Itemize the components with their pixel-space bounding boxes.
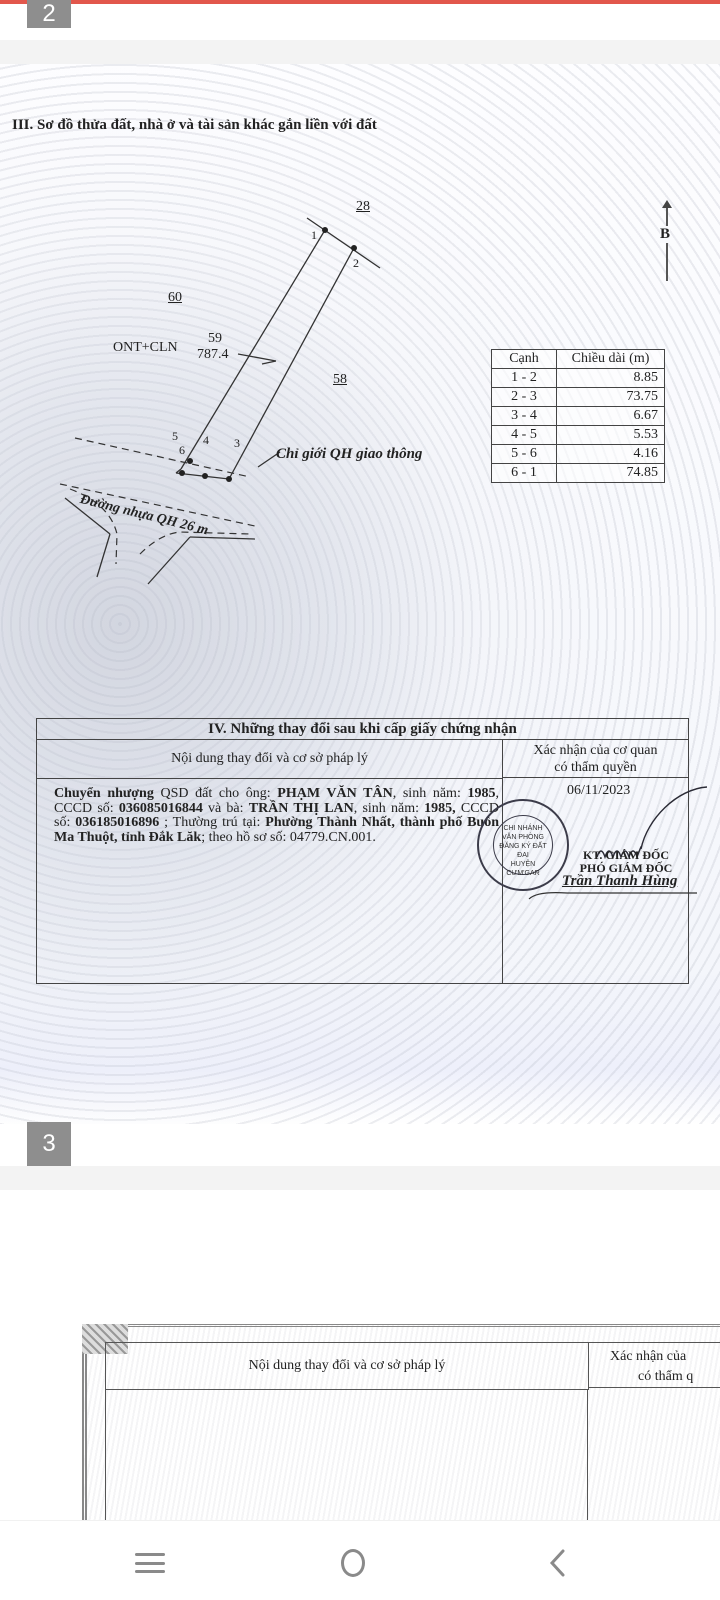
edge-cell: 6 - 1 [492, 464, 557, 483]
parcel-area: 787.4 [197, 347, 229, 363]
edge-cell: 1 - 2 [492, 369, 557, 388]
edge-cell: 4 - 5 [492, 426, 557, 445]
point-label: 5 [172, 429, 178, 444]
recent-apps-icon [135, 1553, 165, 1573]
table-row: 3 - 46.67 [492, 407, 665, 426]
table-row: 5 - 64.16 [492, 445, 665, 464]
parcel-number: 59 [208, 331, 222, 347]
home-button[interactable] [323, 1543, 383, 1583]
confirm-column-header: Xác nhận của cơ quan có thẩm quyền [503, 740, 688, 778]
neighbor-parcel-28: 28 [356, 199, 370, 215]
edge-length-table: CạnhChiều dài (m) 1 - 28.85 2 - 373.75 3… [491, 349, 665, 483]
length-cell: 73.75 [557, 388, 665, 407]
stamp-text: VĂN PHÒNG [494, 833, 552, 842]
edge-cell: 3 - 4 [492, 407, 557, 426]
edge-cell: 5 - 6 [492, 445, 557, 464]
length-cell: 8.85 [557, 369, 665, 388]
document-page-2[interactable]: III. Sơ đồ thửa đất, nhà ở và tài sản kh… [0, 64, 720, 1124]
underline-stroke [527, 887, 697, 907]
point-label: 2 [353, 256, 359, 271]
point-label: 3 [234, 436, 240, 451]
page-number-badge: 3 [27, 1122, 71, 1166]
home-icon [341, 1549, 365, 1577]
length-cell: 4.16 [557, 445, 665, 464]
signer-title: KT. GIÁM ĐỐC PHÓ GIÁM ĐỐC [561, 849, 691, 875]
column-divider [105, 1389, 106, 1520]
traffic-boundary-label: Chỉ giới QH giao thông [276, 446, 422, 463]
back-icon [547, 1548, 567, 1578]
confirm-header-line: Xác nhận của [610, 1347, 720, 1367]
viewer-top-bar [0, 0, 720, 4]
point-label: 1 [311, 228, 317, 243]
page-separator [0, 1166, 720, 1190]
back-button[interactable] [527, 1543, 587, 1583]
table-row: 1 - 28.85 [492, 369, 665, 388]
section-4-title: IV. Những thay đổi sau khi cấp giấy chứn… [37, 719, 688, 740]
confirm-header-line: có thẩm quyền [503, 759, 688, 776]
table-row: 6 - 174.85 [492, 464, 665, 483]
changes-table: IV. Những thay đổi sau khi cấp giấy chứn… [36, 718, 689, 984]
table-row: 2 - 373.75 [492, 388, 665, 407]
neighbor-parcel-58: 58 [333, 372, 347, 388]
page-number-badge: 2 [27, 0, 71, 28]
table-header: Chiều dài (m) [557, 350, 665, 369]
confirm-column-header: Xác nhận của có thẩm q [588, 1342, 720, 1388]
edge-cell: 2 - 3 [492, 388, 557, 407]
content-column-header: Nội dung thay đổi và cơ sở pháp lý [37, 740, 503, 779]
length-cell: 74.85 [557, 464, 665, 483]
content-column-header: Nội dung thay đổi và cơ sở pháp lý [105, 1342, 589, 1390]
land-type-label: ONT+CLN [113, 340, 178, 356]
point-label: 4 [203, 433, 209, 448]
table-header: Cạnh [492, 350, 557, 369]
column-divider [587, 1389, 588, 1520]
stamp-text: ĐĂNG KÝ ĐẤT ĐAI [494, 842, 552, 860]
stamp-text: CƯM'GAR [494, 869, 552, 878]
system-navigation-bar [0, 1520, 720, 1600]
change-entry: Chuyển nhượng QSD đất cho ông: PHẠM VĂN … [54, 787, 499, 845]
stamp-text: CHI NHÁNH [494, 824, 552, 833]
point-label: 6 [179, 443, 185, 458]
confirm-header-line: Xác nhận của cơ quan [503, 742, 688, 759]
confirm-header-line: có thẩm q [610, 1367, 720, 1387]
length-cell: 6.67 [557, 407, 665, 426]
stamp-text: HUYỆN [494, 860, 552, 869]
neighbor-parcel-60: 60 [168, 290, 182, 306]
length-cell: 5.53 [557, 426, 665, 445]
recent-apps-button[interactable] [120, 1543, 180, 1583]
page-separator [0, 40, 720, 64]
table-row: 4 - 55.53 [492, 426, 665, 445]
official-stamp: CHI NHÁNH VĂN PHÒNG ĐĂNG KÝ ĐẤT ĐAI HUYỆ… [477, 799, 569, 891]
document-page-3[interactable]: Nội dung thay đổi và cơ sở pháp lý Xác n… [0, 1190, 720, 1520]
